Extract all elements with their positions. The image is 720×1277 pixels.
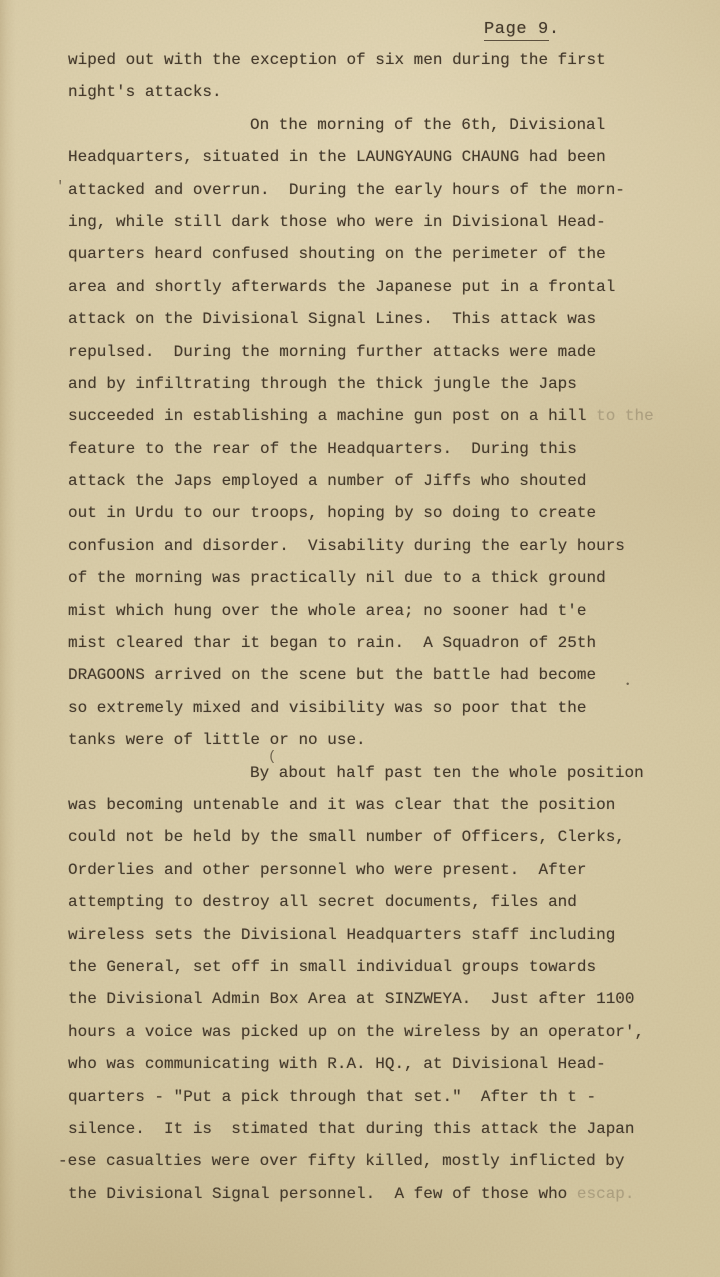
text-line: mist which hung over the whole area; no … <box>68 595 678 627</box>
text-line: repulsed. During the morning further att… <box>68 336 678 368</box>
text-line: of the morning was practically nil due t… <box>68 562 678 594</box>
page-number-text: Page 9 <box>484 20 549 41</box>
text-line: Orderlies and other personnel who were p… <box>68 854 678 886</box>
text-line: attack the Japs employed a number of Jif… <box>68 465 678 497</box>
line-text: DRAGOONS arrived on the scene but the ba… <box>68 666 596 684</box>
text-line: area and shortly afterwards the Japanese… <box>68 271 678 303</box>
line-text: tanks were of little or no use. <box>68 731 366 749</box>
line-text: the Divisional Signal personnel. A few o… <box>68 1185 567 1203</box>
text-line: confusion and disorder. Visability durin… <box>68 530 678 562</box>
text-line: By about half past ten the whole positio… <box>68 757 678 789</box>
line-text: On the morning of the 6th, Divisional <box>250 116 605 134</box>
line-text: out in Urdu to our troops, hoping by so … <box>68 504 596 522</box>
line-text: wireless sets the Divisional Headquarter… <box>68 926 615 944</box>
line-text: ing, while still dark those who were in … <box>68 213 606 231</box>
text-line: night's attacks. <box>68 76 678 108</box>
line-text: Headquarters, situated in the LAUNGYAUNG… <box>68 148 606 166</box>
text-line: out in Urdu to our troops, hoping by so … <box>68 497 678 529</box>
text-line: the General, set off in small individual… <box>68 951 678 983</box>
page-number: Page 9. <box>484 20 560 39</box>
text-line: quarters - "Put a pick through that set.… <box>68 1081 678 1113</box>
text-line: so extremely mixed and visibility was so… <box>68 692 678 724</box>
line-text: mist which hung over the whole area; no … <box>68 602 586 620</box>
line-text: Orderlies and other personnel who were p… <box>68 861 586 879</box>
line-text: the Divisional Admin Box Area at SINZWEY… <box>68 990 635 1008</box>
line-text: feature to the rear of the Headquarters.… <box>68 440 577 458</box>
text-line: mist cleared thar it began to rain. A Sq… <box>68 627 678 659</box>
text-line: silence. It is stimated that during this… <box>68 1113 678 1145</box>
text-line: tanks were of little or no use. <box>68 724 678 756</box>
faded-text: escap. <box>567 1185 634 1203</box>
text-line: Headquarters, situated in the LAUNGYAUNG… <box>68 141 678 173</box>
text-line: wiped out with the exception of six men … <box>68 44 678 76</box>
ink-speck: ' <box>56 180 64 194</box>
ink-speck: • <box>625 681 630 690</box>
line-text: quarters heard confused shouting on the … <box>68 245 606 263</box>
line-text: area and shortly afterwards the Japanese… <box>68 278 615 296</box>
line-text: hours a voice was picked up on the wirel… <box>68 1023 644 1041</box>
text-line: ing, while still dark those who were in … <box>68 206 678 238</box>
line-text: night's attacks. <box>68 83 222 101</box>
line-text: could not be held by the small number of… <box>68 828 625 846</box>
line-text: was becoming untenable and it was clear … <box>68 796 615 814</box>
text-line: was becoming untenable and it was clear … <box>68 789 678 821</box>
faded-text: to the <box>586 407 653 425</box>
text-line: and by infiltrating through the thick ju… <box>68 368 678 400</box>
text-line: could not be held by the small number of… <box>68 821 678 853</box>
text-line: feature to the rear of the Headquarters.… <box>68 433 678 465</box>
line-text: wiped out with the exception of six men … <box>68 51 606 69</box>
line-text: the General, set off in small individual… <box>68 958 596 976</box>
text-line: attempting to destroy all secret documen… <box>68 886 678 918</box>
text-line: quarters heard confused shouting on the … <box>68 238 678 270</box>
text-line: succeeded in establishing a machine gun … <box>68 400 678 432</box>
line-text: -ese casualties were over fifty killed, … <box>58 1152 625 1170</box>
line-text: so extremely mixed and visibility was so… <box>68 699 586 717</box>
text-line: attack on the Divisional Signal Lines. T… <box>68 303 678 335</box>
text-line: On the morning of the 6th, Divisional <box>68 109 678 141</box>
line-text: and by infiltrating through the thick ju… <box>68 375 577 393</box>
text-line: the Divisional Admin Box Area at SINZWEY… <box>68 983 678 1015</box>
line-text: attack the Japs employed a number of Jif… <box>68 472 586 490</box>
line-text: quarters - "Put a pick through that set.… <box>68 1088 596 1106</box>
line-text: silence. It is stimated that during this… <box>68 1120 635 1138</box>
line-text: By about half past ten the whole positio… <box>250 764 644 782</box>
document-lines: wiped out with the exception of six men … <box>68 44 678 1210</box>
text-line: the Divisional Signal personnel. A few o… <box>68 1178 678 1210</box>
text-line: -ese casualties were over fifty killed, … <box>58 1145 678 1177</box>
page-number-period: . <box>549 20 560 39</box>
line-text: attempting to destroy all secret documen… <box>68 893 577 911</box>
line-text: attack on the Divisional Signal Lines. T… <box>68 310 596 328</box>
line-text: attacked and overrun. During the early h… <box>68 181 625 199</box>
line-text: of the morning was practically nil due t… <box>68 569 606 587</box>
line-text: mist cleared thar it began to rain. A Sq… <box>68 634 596 652</box>
text-line: attacked and overrun. During the early h… <box>68 174 678 206</box>
text-line: DRAGOONS arrived on the scene but the ba… <box>68 659 678 691</box>
ink-speck: ( <box>268 750 276 764</box>
line-text: repulsed. During the morning further att… <box>68 343 596 361</box>
line-text: confusion and disorder. Visability durin… <box>68 537 625 555</box>
text-line: who was communicating with R.A. HQ., at … <box>68 1048 678 1080</box>
text-line: wireless sets the Divisional Headquarter… <box>68 919 678 951</box>
text-line: hours a voice was picked up on the wirel… <box>68 1016 678 1048</box>
line-text: who was communicating with R.A. HQ., at … <box>68 1055 606 1073</box>
line-text: succeeded in establishing a machine gun … <box>68 407 586 425</box>
